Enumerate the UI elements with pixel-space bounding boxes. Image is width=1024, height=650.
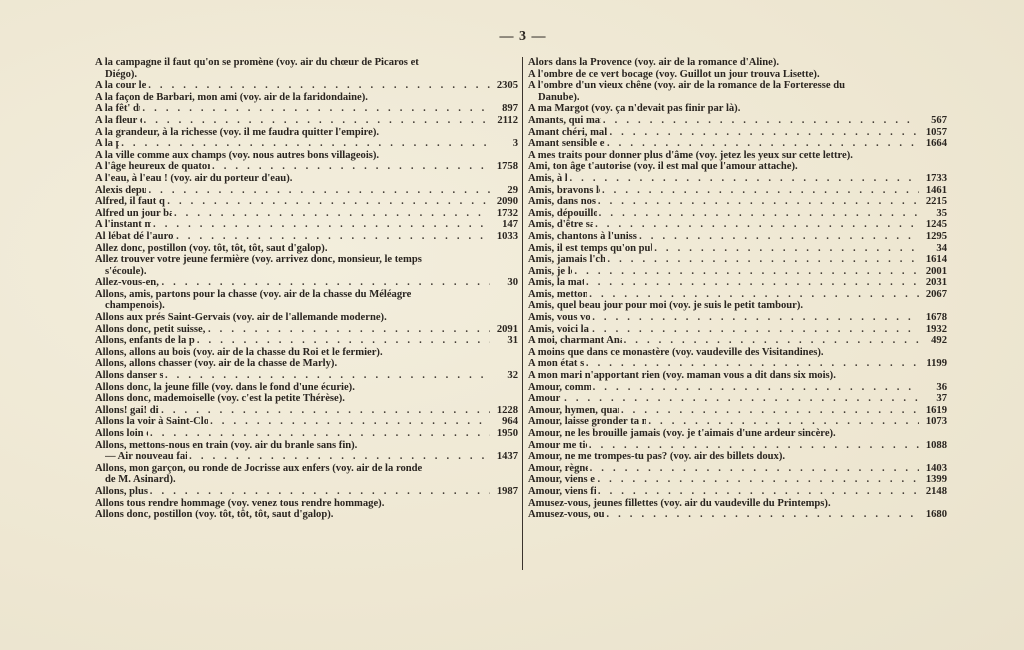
entry-number: 29 bbox=[492, 185, 518, 197]
index-entry: Allons loin de ce village.. . . . . . . … bbox=[95, 428, 518, 440]
entry-number: 1678 bbox=[921, 312, 947, 324]
dot-leader: . . . . . . . . . . . . . . . . . . . . … bbox=[212, 161, 490, 173]
index-entry: Allez trouver votre jeune fermière (voy.… bbox=[95, 254, 518, 277]
dot-leader: . . . . . . . . . . . . . . . . . . . . … bbox=[592, 312, 919, 324]
entry-title: A l'eau, à l'eau ! (voy. air du porteur … bbox=[95, 173, 292, 185]
index-entry: Amour, viens finir mon supplice.. . . . … bbox=[528, 486, 947, 498]
dot-leader: . . . . . . . . . . . . . . . . . . . . … bbox=[624, 335, 919, 347]
entry-title: Allons, amis, partons pour la chasse (vo… bbox=[95, 289, 411, 301]
entry-title: A la cour les malicieux. bbox=[95, 80, 146, 92]
index-entry: Allons la voir à Saint-Cloud, ou j'aimon… bbox=[95, 416, 518, 428]
dot-leader: . . . . . . . . . . . . . . . . . . . . … bbox=[597, 474, 919, 486]
dot-leader: . . . . . . . . . . . . . . . . . . . . … bbox=[607, 254, 919, 266]
entry-title: A la grandeur, à la richesse (voy. il me… bbox=[95, 127, 379, 139]
dot-leader: . . . . . . . . . . . . . . . . . . . . … bbox=[174, 208, 490, 220]
entry-title: Amour, commence le tableau. bbox=[528, 382, 591, 394]
dot-leader: . . . . . . . . . . . . . . . . . . . . … bbox=[167, 196, 490, 208]
entry-continuation: Danube). bbox=[528, 92, 947, 104]
entry-number: 31 bbox=[492, 335, 518, 347]
index-entry: Alexis depuis deux ans.. . . . . . . . .… bbox=[95, 185, 518, 197]
entry-number: 2305 bbox=[492, 80, 518, 92]
entry-title: Amour, viens finir mon supplice. bbox=[528, 486, 596, 498]
entry-number: 32 bbox=[492, 370, 518, 382]
entry-number: 1758 bbox=[492, 161, 518, 173]
entry-title: Amant sensible et courageux guerrier. bbox=[528, 138, 605, 150]
entry-title: A moins que dans ce monastère (voy. vaud… bbox=[528, 347, 824, 359]
index-entry: Amis, bravons les chaleurs de l'été.. . … bbox=[528, 185, 947, 197]
entry-title: Allons donc, postillon (voy. tôt, tôt, t… bbox=[95, 509, 333, 521]
index-entry: Amis, mettons-nous à table.. . . . . . .… bbox=[528, 289, 947, 301]
entry-title: Allons la voir à Saint-Cloud, ou j'aimon… bbox=[95, 416, 208, 428]
dot-leader: . . . . . . . . . . . . . . . . . . . . … bbox=[165, 370, 490, 382]
index-entry: Allons donc, la jeune fille (voy. dans l… bbox=[95, 382, 518, 394]
entry-title: Allons, mettons-nous en train (voy. air … bbox=[95, 440, 357, 452]
entry-number: 30 bbox=[492, 277, 518, 289]
index-entry: Amour et rose.. . . . . . . . . . . . . … bbox=[528, 393, 947, 405]
entry-number: 1245 bbox=[921, 219, 947, 231]
entry-number: 1950 bbox=[492, 428, 518, 440]
dot-leader: . . . . . . . . . . . . . . . . . . . . … bbox=[648, 416, 919, 428]
entry-number: 492 bbox=[921, 335, 947, 347]
entry-number: 2067 bbox=[921, 289, 947, 301]
index-entry: Amusez-vous, oui, je vous le conseille..… bbox=[528, 509, 947, 521]
index-entry: — Air nouveau fait sur les mêmes paroles… bbox=[95, 451, 518, 463]
entry-title: A la ville comme aux champs (voy. nous a… bbox=[95, 150, 379, 162]
page-number: — 3 — bbox=[0, 29, 1024, 45]
index-entry: Amis, vous voulez le portrait.. . . . . … bbox=[528, 312, 947, 324]
entry-number: 1732 bbox=[492, 208, 518, 220]
entry-number: 1295 bbox=[921, 231, 947, 243]
entry-number: 2215 bbox=[921, 196, 947, 208]
entry-number: 1403 bbox=[921, 463, 947, 475]
index-entry: Allons danser sous ces ormeaux.. . . . .… bbox=[95, 370, 518, 382]
entry-title: A la fêt' du hameau. bbox=[95, 103, 140, 115]
entry-title: A mes traits pour donner plus d'âme (voy… bbox=[528, 150, 853, 162]
index-entry: Amis, dans nos joyeux banquets.. . . . .… bbox=[528, 196, 947, 208]
index-entry: A la fêt' du hameau.. . . . . . . . . . … bbox=[95, 103, 518, 115]
entry-number: 1073 bbox=[921, 416, 947, 428]
dot-leader: . . . . . . . . . . . . . . . . . . . . … bbox=[189, 451, 490, 463]
entry-title: Amis, bravons les chaleurs de l'été. bbox=[528, 185, 600, 197]
index-entry: Amis, la matinée est belle.. . . . . . .… bbox=[528, 277, 947, 289]
entry-number: 2090 bbox=[492, 196, 518, 208]
entry-title: A ma Margot (voy. ça n'devait pas finir … bbox=[528, 103, 740, 115]
dot-leader: . . . . . . . . . . . . . . . . . . . . … bbox=[569, 173, 919, 185]
entry-title: Allons, enfants de la patrie, ou air de … bbox=[95, 335, 195, 347]
entry-title: Amant chéri, malgré ta longue absence. bbox=[528, 127, 607, 139]
entry-title: Amour me tient en servage. bbox=[528, 440, 587, 452]
entry-number: 897 bbox=[492, 103, 518, 115]
index-entry: Amour me tient en servage.. . . . . . . … bbox=[528, 440, 947, 452]
dot-leader: . . . . . . . . . . . . . . . . . . . . … bbox=[586, 277, 919, 289]
dot-leader: . . . . . . . . . . . . . . . . . . . . … bbox=[592, 324, 919, 336]
index-entry: Allez-vous-en, gens de la noce.. . . . .… bbox=[95, 277, 518, 289]
index-entry: Amis, je le confesse.. . . . . . . . . .… bbox=[528, 266, 947, 278]
entry-title: Alfred, il faut que je vous gronde. bbox=[95, 196, 165, 208]
entry-number: 2091 bbox=[492, 324, 518, 336]
index-entry: Amour, commence le tableau.. . . . . . .… bbox=[528, 382, 947, 394]
index-entry: Amants, qui marchez sur les traces.. . .… bbox=[528, 115, 947, 127]
index-entry: A la cour les malicieux.. . . . . . . . … bbox=[95, 80, 518, 92]
entry-title: Alors dans la Provence (voy. air de la r… bbox=[528, 57, 779, 69]
index-entry: Amis, d'être sage un beau jour.. . . . .… bbox=[528, 219, 947, 231]
index-entry: A ma Margot (voy. ça n'devait pas finir … bbox=[528, 103, 947, 115]
dot-leader: . . . . . . . . . . . . . . . . . . . . … bbox=[148, 80, 490, 92]
entry-number: 1033 bbox=[492, 231, 518, 243]
index-entry: Allons, mon garçon, ou ronde de Jocrisse… bbox=[95, 463, 518, 486]
index-entry: Amusez-vous, jeunes fillettes (voy. air … bbox=[528, 498, 947, 510]
dot-leader: . . . . . . . . . . . . . . . . . . . . … bbox=[654, 243, 919, 255]
dot-leader: . . . . . . . . . . . . . . . . . . . . … bbox=[602, 185, 919, 197]
index-entry: A la campagne il faut qu'on se promène (… bbox=[95, 57, 518, 80]
entry-title: Amis, vous voulez le portrait. bbox=[528, 312, 590, 324]
entry-number: 2001 bbox=[921, 266, 947, 278]
index-column-left: A la campagne il faut qu'on se promène (… bbox=[95, 57, 518, 521]
entry-title: Amour, laisse gronder ta mère, ou elle a… bbox=[528, 416, 646, 428]
entry-title: Allez trouver votre jeune fermière (voy.… bbox=[95, 254, 422, 266]
index-entry: Amis, à la raison.. . . . . . . . . . . … bbox=[528, 173, 947, 185]
dot-leader: . . . . . . . . . . . . . . . . . . . . … bbox=[589, 440, 919, 452]
index-entry: Amour, laisse gronder ta mère, ou elle a… bbox=[528, 416, 947, 428]
dot-leader: . . . . . . . . . . . . . . . . . . . . … bbox=[208, 324, 490, 336]
dot-leader: . . . . . . . . . . . . . . . . . . . . … bbox=[574, 266, 919, 278]
dot-leader: . . . . . . . . . . . . . . . . . . . . … bbox=[607, 138, 919, 150]
dot-leader: . . . . . . . . . . . . . . . . . . . . … bbox=[586, 358, 919, 370]
entry-title: A l'âge heureux de quatorze ans, ou de c… bbox=[95, 161, 210, 173]
dot-leader: . . . . . . . . . . . . . . . . . . . . … bbox=[197, 335, 490, 347]
index-entry: A la grandeur, à la richesse (voy. il me… bbox=[95, 127, 518, 139]
dot-leader: . . . . . . . . . . . . . . . . . . . . … bbox=[599, 208, 919, 220]
entry-title: Allons! gai! divertissons-nous. bbox=[95, 405, 159, 417]
entry-title: Allons, allons au bois (voy. air de la c… bbox=[95, 347, 383, 359]
entry-title: Amis, il est temps qu'on publie, ou vers… bbox=[528, 243, 652, 255]
entry-number: 3 bbox=[492, 138, 518, 150]
index-entry: Allez donc, postillon (voy. tôt, tôt, tô… bbox=[95, 243, 518, 255]
index-entry: A l'ombre d'un vieux chêne (voy. air de … bbox=[528, 80, 947, 103]
index-entry: A mon mari n'apportant rien (voy. maman … bbox=[528, 370, 947, 382]
entry-title: A moi, charmant Anacréon, ou dodo, l'enf… bbox=[528, 335, 622, 347]
entry-title: Amis, dans nos joyeux banquets. bbox=[528, 196, 596, 208]
dot-leader: . . . . . . . . . . . . . . . . . . . . … bbox=[176, 231, 490, 243]
entry-number: 1614 bbox=[921, 254, 947, 266]
dot-leader: . . . . . . . . . . . . . . . . . . . . … bbox=[598, 486, 919, 498]
dot-leader: . . . . . . . . . . . . . . . . . . . . … bbox=[590, 463, 919, 475]
entry-number: 1437 bbox=[492, 451, 518, 463]
index-column-right: Alors dans la Provence (voy. air de la r… bbox=[528, 57, 947, 521]
entry-number: 1733 bbox=[921, 173, 947, 185]
dot-leader: . . . . . . . . . . . . . . . . . . . . … bbox=[564, 393, 919, 405]
entry-number: 1057 bbox=[921, 127, 947, 139]
index-entry: A la ville comme aux champs (voy. nous a… bbox=[95, 150, 518, 162]
dot-leader: . . . . . . . . . . . . . . . . . . . . … bbox=[161, 405, 490, 417]
index-entry: Amis, dépouillons nos pommiers.. . . . .… bbox=[528, 208, 947, 220]
entry-title: Allons, mon garçon, ou ronde de Jocrisse… bbox=[95, 463, 422, 475]
entry-number: 2148 bbox=[921, 486, 947, 498]
index-entry: A mon état soyez sensible.. . . . . . . … bbox=[528, 358, 947, 370]
index-entry: Allons, amis, partons pour la chasse (vo… bbox=[95, 289, 518, 312]
entry-number: 2112 bbox=[492, 115, 518, 127]
entry-number: 567 bbox=[921, 115, 947, 127]
entry-title: A mon mari n'apportant rien (voy. maman … bbox=[528, 370, 836, 382]
index-entry: A moins que dans ce monastère (voy. vaud… bbox=[528, 347, 947, 359]
entry-number: 1399 bbox=[921, 474, 947, 486]
index-entry: Amis, jamais l'chagrin n' m'approche.. .… bbox=[528, 254, 947, 266]
entry-number: 1088 bbox=[921, 440, 947, 452]
entry-number: 35 bbox=[921, 208, 947, 220]
index-entry: Amant chéri, malgré ta longue absence.. … bbox=[528, 127, 947, 139]
index-entry: Amis, quel beau jour pour moi (voy. je s… bbox=[528, 300, 947, 312]
entry-number: 2031 bbox=[921, 277, 947, 289]
index-entry: Alfred, il faut que je vous gronde.. . .… bbox=[95, 196, 518, 208]
entry-number: 147 bbox=[492, 219, 518, 231]
index-entry: A l'âge heureux de quatorze ans, ou de c… bbox=[95, 161, 518, 173]
index-entry: Al lébat dé l'auroro (air languedocien).… bbox=[95, 231, 518, 243]
dot-leader: . . . . . . . . . . . . . . . . . . . . … bbox=[153, 219, 490, 231]
entry-title: Allons donc, mademoiselle (voy. c'est la… bbox=[95, 393, 345, 405]
dot-leader: . . . . . . . . . . . . . . . . . . . . … bbox=[595, 219, 919, 231]
entry-number: 37 bbox=[921, 393, 947, 405]
index-entry: Ami, ton âge t'autorise (voy. il est mal… bbox=[528, 161, 947, 173]
entry-number: 36 bbox=[921, 382, 947, 394]
index-entry: Allons, mettons-nous en train (voy. air … bbox=[95, 440, 518, 452]
index-entry: Amour, ne me trompes-tu pas? (voy. air d… bbox=[528, 451, 947, 463]
entry-continuation: champenois). bbox=[95, 300, 518, 312]
entry-title: Amusez-vous, oui, je vous le conseille. bbox=[528, 509, 604, 521]
entry-title: Amis, chantons à l'unisson, ou le garçon… bbox=[528, 231, 637, 243]
entry-number: 1199 bbox=[921, 358, 947, 370]
dot-leader: . . . . . . . . . . . . . . . . . . . . … bbox=[606, 509, 919, 521]
entry-title: Allons, allons chasser (voy. air de la c… bbox=[95, 358, 337, 370]
dot-leader: . . . . . . . . . . . . . . . . . . . . … bbox=[150, 428, 490, 440]
entry-title: Amis, à la raison. bbox=[528, 173, 567, 185]
index-entry: Amis, il est temps qu'on publie, ou vers… bbox=[528, 243, 947, 255]
entry-title: Alexis depuis deux ans. bbox=[95, 185, 146, 197]
entry-title: Allons aux prés Saint-Gervais (voy. air … bbox=[95, 312, 387, 324]
index-entry: Allons donc, mademoiselle (voy. c'est la… bbox=[95, 393, 518, 405]
entry-number: 964 bbox=[492, 416, 518, 428]
index-entry: Amour, hymen, quand j'entrevois vos char… bbox=[528, 405, 947, 417]
column-divider bbox=[522, 57, 523, 570]
entry-title: A l'instant même tu peux. bbox=[95, 219, 151, 231]
index-entry: Amis, voici la riante semaine.. . . . . … bbox=[528, 324, 947, 336]
entry-number: 1932 bbox=[921, 324, 947, 336]
entry-title: Allons donc, petit suisse, à l'ouvrage (… bbox=[95, 324, 206, 336]
dot-leader: . . . . . . . . . . . . . . . . . . . . … bbox=[598, 196, 919, 208]
index-entry: Allons aux prés Saint-Gervais (voy. air … bbox=[95, 312, 518, 324]
index-entry: Allons donc, postillon (voy. tôt, tôt, t… bbox=[95, 509, 518, 521]
index-entry: Allons, allons chasser (voy. air de la c… bbox=[95, 358, 518, 370]
entry-title: A la campagne il faut qu'on se promène (… bbox=[95, 57, 419, 69]
index-entry: Amour, règne sur mon âme.. . . . . . . .… bbox=[528, 463, 947, 475]
entry-title: Amour, hymen, quand j'entrevois vos char… bbox=[528, 405, 619, 417]
entry-number: 1619 bbox=[921, 405, 947, 417]
entry-title: A la façon de Barbari, mon ami (voy. air… bbox=[95, 92, 368, 104]
entry-title: Ami, ton âge t'autorise (voy. il est mal… bbox=[528, 161, 798, 173]
entry-number: 1461 bbox=[921, 185, 947, 197]
entry-number: 1680 bbox=[921, 509, 947, 521]
dot-leader: . . . . . . . . . . . . . . . . . . . . … bbox=[621, 405, 919, 417]
entry-number: 1228 bbox=[492, 405, 518, 417]
entry-number: 1664 bbox=[921, 138, 947, 150]
index-entry: A l'ombre de ce vert bocage (voy. Guillo… bbox=[528, 69, 947, 81]
entry-title: Amis, mettons-nous à table. bbox=[528, 289, 587, 301]
entry-number: 34 bbox=[921, 243, 947, 255]
entry-title: A l'ombre de ce vert bocage (voy. Guillo… bbox=[528, 69, 820, 81]
dot-leader: . . . . . . . . . . . . . . . . . . . . … bbox=[603, 115, 919, 127]
dot-leader: . . . . . . . . . . . . . . . . . . . . … bbox=[142, 103, 490, 115]
entry-title: Amis, je le confesse. bbox=[528, 266, 572, 278]
entry-title: A l'ombre d'un vieux chêne (voy. air de … bbox=[528, 80, 845, 92]
index-entry: Allons donc, petit suisse, à l'ouvrage (… bbox=[95, 324, 518, 336]
index-entry: A la fleur du bel âge.. . . . . . . . . … bbox=[95, 115, 518, 127]
entry-title: Amis, jamais l'chagrin n' m'approche. bbox=[528, 254, 605, 266]
entry-title: Amis, dépouillons nos pommiers. bbox=[528, 208, 597, 220]
dot-leader: . . . . . . . . . . . . . . . . . . . . … bbox=[593, 382, 919, 394]
entry-title: Amants, qui marchez sur les traces. bbox=[528, 115, 601, 127]
dot-leader: . . . . . . . . . . . . . . . . . . . . … bbox=[589, 289, 919, 301]
index-entry: A la façon de Barbari, mon ami (voy. air… bbox=[95, 92, 518, 104]
entry-title: Amis, quel beau jour pour moi (voy. je s… bbox=[528, 300, 803, 312]
index-entry: Amant sensible et courageux guerrier.. .… bbox=[528, 138, 947, 150]
index-entry: Allons tous rendre hommage (voy. venez t… bbox=[95, 498, 518, 510]
index-entry: A l'instant même tu peux.. . . . . . . .… bbox=[95, 219, 518, 231]
entry-title: Allons danser sous ces ormeaux. bbox=[95, 370, 163, 382]
index-entry: A mes traits pour donner plus d'âme (voy… bbox=[528, 150, 947, 162]
entry-title: Alfred un jour banni de son domaine. bbox=[95, 208, 172, 220]
dot-leader: . . . . . . . . . . . . . . . . . . . . … bbox=[210, 416, 490, 428]
index-entry: Allons, enfants de la patrie, ou air de … bbox=[95, 335, 518, 347]
entry-title: Allez-vous-en, gens de la noce. bbox=[95, 277, 159, 289]
entry-title: Amour, ne me trompes-tu pas? (voy. air d… bbox=[528, 451, 785, 463]
index-entry: Amour, viens enfler ma musette.. . . . .… bbox=[528, 474, 947, 486]
entry-title: Amis, d'être sage un beau jour. bbox=[528, 219, 593, 231]
dot-leader: . . . . . . . . . . . . . . . . . . . . … bbox=[161, 277, 490, 289]
index-entry: Allons, plus de tristesse.. . . . . . . … bbox=[95, 486, 518, 498]
dot-leader: . . . . . . . . . . . . . . . . . . . . … bbox=[148, 185, 490, 197]
entry-title: Amour, viens enfler ma musette. bbox=[528, 474, 595, 486]
index-entry: Amour, ne les brouille jamais (voy. je t… bbox=[528, 428, 947, 440]
entry-continuation: Diégo). bbox=[95, 69, 518, 81]
entry-title: A la papa. bbox=[95, 138, 119, 150]
index-entry: Amis, chantons à l'unisson, ou le garçon… bbox=[528, 231, 947, 243]
entry-title: Al lébat dé l'auroro (air languedocien). bbox=[95, 231, 174, 243]
dot-leader: . . . . . . . . . . . . . . . . . . . . … bbox=[639, 231, 919, 243]
entry-title: A la fleur du bel âge. bbox=[95, 115, 142, 127]
entry-title: Amis, la matinée est belle. bbox=[528, 277, 584, 289]
index-entry: Alors dans la Provence (voy. air de la r… bbox=[528, 57, 947, 69]
entry-title: A mon état soyez sensible. bbox=[528, 358, 584, 370]
dot-leader: . . . . . . . . . . . . . . . . . . . . … bbox=[144, 115, 491, 127]
dot-leader: . . . . . . . . . . . . . . . . . . . . … bbox=[609, 127, 919, 139]
entry-title: Amour, ne les brouille jamais (voy. je t… bbox=[528, 428, 836, 440]
dot-leader: . . . . . . . . . . . . . . . . . . . . … bbox=[121, 138, 490, 150]
entry-title: Amour et rose. bbox=[528, 393, 562, 405]
index-entry: Allons! gai! divertissons-nous.. . . . .… bbox=[95, 405, 518, 417]
entry-continuation: s'écoule). bbox=[95, 266, 518, 278]
index-entry: A la papa.. . . . . . . . . . . . . . . … bbox=[95, 138, 518, 150]
index-entry: Allons, allons au bois (voy. air de la c… bbox=[95, 347, 518, 359]
entry-continuation: de M. Asinard). bbox=[95, 474, 518, 486]
index-entry: A l'eau, à l'eau ! (voy. air du porteur … bbox=[95, 173, 518, 185]
entry-title: — Air nouveau fait sur les mêmes paroles… bbox=[105, 451, 187, 463]
entry-title: Allez donc, postillon (voy. tôt, tôt, tô… bbox=[95, 243, 327, 255]
entry-title: Allons, plus de tristesse. bbox=[95, 486, 148, 498]
entry-number: 1987 bbox=[492, 486, 518, 498]
entry-title: Amour, règne sur mon âme. bbox=[528, 463, 588, 475]
entry-title: Allons donc, la jeune fille (voy. dans l… bbox=[95, 382, 355, 394]
entry-title: Allons tous rendre hommage (voy. venez t… bbox=[95, 498, 384, 510]
entry-title: Amis, voici la riante semaine. bbox=[528, 324, 590, 336]
dot-leader: . . . . . . . . . . . . . . . . . . . . … bbox=[150, 486, 490, 498]
entry-title: Amusez-vous, jeunes fillettes (voy. air … bbox=[528, 498, 831, 510]
entry-title: Allons loin de ce village. bbox=[95, 428, 148, 440]
index-entry: A moi, charmant Anacréon, ou dodo, l'enf… bbox=[528, 335, 947, 347]
index-entry: Alfred un jour banni de son domaine.. . … bbox=[95, 208, 518, 220]
